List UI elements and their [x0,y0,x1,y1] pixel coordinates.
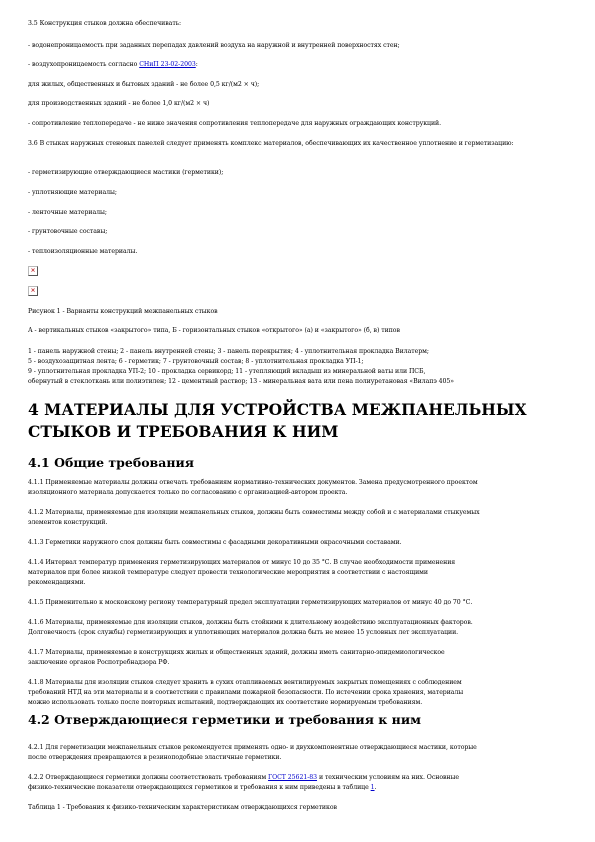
para-4-1-5: 4.1.5 Применительно к московскому регион… [28,598,576,607]
figure-legend-line: 5 - воздухозащитная лента; 6 - герметик;… [28,357,576,366]
para-4-1-3: 4.1.3 Герметики наружного слоя должны бы… [28,538,576,547]
para-4-1-4-cont: материалов при более низкой температуре … [28,568,576,577]
figure-legend-line: 9 - уплотнительная прокладка УП-2; 10 - … [28,367,576,376]
para-4-2-1: 4.2.1 Для герметизации межпанельных стык… [28,743,576,752]
para-4-2-2-cont-suffix: . [375,784,377,791]
subsection-4-2-title: 4.2 Отверждающиеся герметики и требовани… [28,712,576,728]
res-residential: для жилых, общественных и бытовых зданий… [28,80,576,89]
list-item: - грунтовочные составы; [28,227,576,236]
bullet-airtight-suffix: : [196,61,198,68]
para-4-2-2: 4.2.2 Отверждающиеся герметики должны со… [28,773,576,782]
para-4-1-6: 4.1.6 Материалы, применяемые для изоляци… [28,618,576,627]
para-4-1-8: 4.1.8 Материалы для изоляции стыков след… [28,678,576,687]
para-3-6: 3.6 В стыках наружных стеновых панелей с… [28,139,576,148]
para-4-1-4-cont: рекомендациями. [28,578,576,587]
table-caption: Таблица 1 - Требования к физико-техничес… [28,803,576,812]
figure-legend-line: обернутый в стеклоткань или полиэтилен; … [28,377,576,386]
snip-link[interactable]: СНиП 23-02-2003 [139,61,196,68]
para-4-1-1-cont: изоляционного материала допускается толь… [28,488,576,497]
para-3-5: 3.5 Конструкция стыков должна обеспечива… [28,19,576,28]
para-4-2-2-suffix: и техническим условиям на них. Основные [317,774,459,781]
bullet-waterproof: - водонепроницаемость при заданных переп… [28,41,576,50]
figure-legend-line: 1 - панель наружной стены; 2 - панель вн… [28,347,576,356]
broken-image-icon: × [28,286,38,296]
subsection-4-1-title: 4.1 Общие требования [28,455,576,471]
bullet-airtight-text: - воздухопроницаемость согласно [28,61,139,68]
figure-caption: Рисунок 1 - Варианты конструкций межпане… [28,307,576,316]
para-4-1-1: 4.1.1 Применяемые материалы должны отвеч… [28,478,576,487]
para-4-2-2-text: 4.2.2 Отверждающиеся герметики должны со… [28,774,268,781]
res-industrial: для производственных зданий - не более 1… [28,99,576,108]
broken-image-icon: × [28,266,38,276]
para-4-1-4: 4.1.4 Интервал температур применения гер… [28,558,576,567]
para-4-1-7: 4.1.7 Материалы, применяемые в конструкц… [28,648,576,657]
para-4-1-2: 4.1.2 Материалы, применяемые для изоляци… [28,508,576,517]
para-4-2-2-cont-text: физико-технические показатели отверждающ… [28,784,371,791]
list-item: - ленточные материалы; [28,208,576,217]
para-4-2-2-cont: физико-технические показатели отверждающ… [28,783,576,792]
para-4-2-1-cont: после отверждения превращаются в резиноп… [28,753,576,762]
para-4-1-2-cont: элементов конструкций. [28,518,576,527]
para-4-1-8-cont: можно использовать только после повторны… [28,698,576,707]
list-item: - уплотняющие материалы; [28,188,576,197]
bullet-airtight: - воздухопроницаемость согласно СНиП 23-… [28,60,576,69]
section-4-title-line1: 4 МАТЕРИАЛЫ ДЛЯ УСТРОЙСТВА МЕЖПАНЕЛЬНЫХ [28,399,576,421]
para-4-1-6-cont: Долговечность (срок службы) герметизирую… [28,628,576,637]
bullet-thermal: - сопротивление теплопередаче - не ниже … [28,119,576,128]
gost-link[interactable]: ГОСТ 25621-83 [268,774,317,781]
para-4-1-7-cont: заключение органов Роспотребнадзора РФ. [28,658,576,667]
list-item: - герметизирующие отверждающиеся мастики… [28,168,576,177]
section-4-title-line2: СТЫКОВ И ТРЕБОВАНИЯ К НИМ [28,421,576,443]
figure-description: А - вертикальных стыков «закрытого» типа… [28,326,576,335]
list-item: - теплоизоляционные материалы. [28,247,576,256]
para-4-1-8-cont: требований НТД на эти материалы и в соот… [28,688,576,697]
